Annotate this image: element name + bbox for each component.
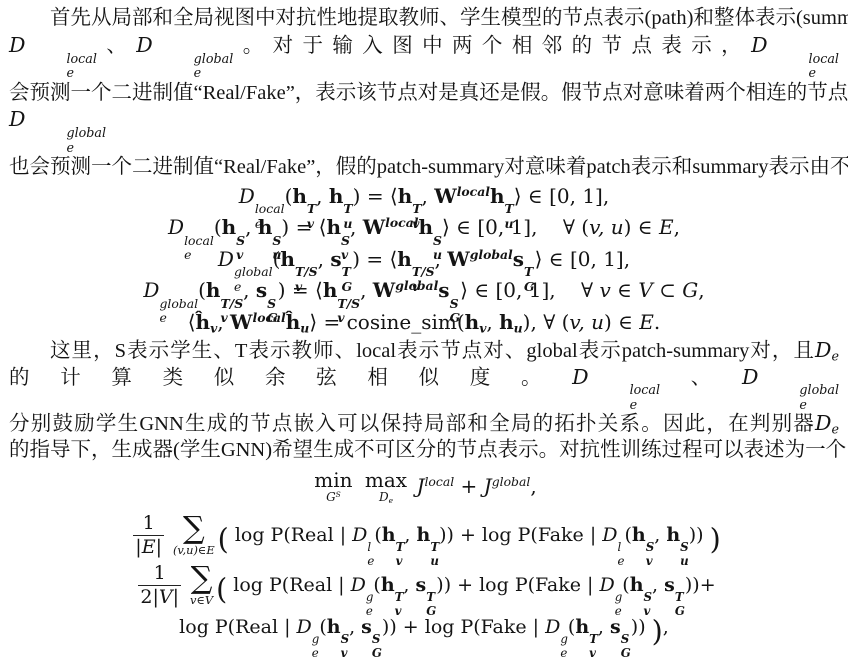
eq-minimax-objective: minGS maxDe Jlocal + Jglobal, [9, 463, 839, 509]
paragraph-intro: 首先从局部和全局视图中对抗性地提取教师、学生模型的节点表示(path)和整体表示… [9, 5, 839, 181]
paragraph-notation: 这里，S表示学生、T表示教师、local表示节点对、global表示patch-… [9, 338, 839, 463]
document-page: { "page": { "background": "#ffffff", "te… [0, 0, 848, 661]
eq-local-student: Dlocale(hSv, hSu) = ⟨hSv, WlocalhSu⟩ ∈ [… [9, 212, 839, 244]
eq-local-teacher: Dlocale(hTv, hTu) = ⟨hTv, WlocalhTu⟩ ∈ [… [9, 181, 839, 213]
eq-global-loss-line2: log P(Real | Dge(hSv, sSG)) + log P(Fake… [9, 609, 839, 645]
eq-global-loss-line1: 12|V|∑v∈V( log P(Real | Dge(hTv, sTG)) +… [9, 561, 839, 609]
eq-global-teacher: Dglobale(hT/Sv, sTG) = ⟨hT/Sv, WglobalsT… [9, 244, 839, 276]
eq-cosine-sim: ⟨ĥv, Wlocalĥu⟩ = cosine_sim(hv, hu), ∀ (… [9, 307, 839, 339]
eq-global-student: Dglobale(hT/Sv, sSG) = ⟨hT/Sv, WglobalsS… [9, 275, 839, 307]
page: 首先从局部和全局视图中对抗性地提取教师、学生模型的节点表示(path)和整体表示… [0, 0, 848, 645]
eq-local-loss: 1|E|∑(v,u)∈E( log P(Real | Dle(hTv, hTu)… [9, 509, 839, 561]
